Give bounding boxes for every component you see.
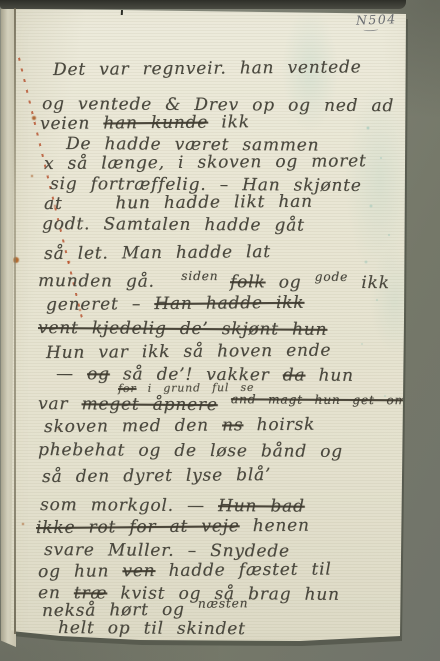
manuscript-segment: hoirsk	[243, 415, 315, 436]
manuscript-line: så den dyret lyse blå’	[42, 464, 406, 487]
manuscript-line: phebehat og de løse bånd og	[38, 440, 406, 462]
manuscript-segment-strike: ikke rot for at veje	[36, 516, 240, 538]
manuscript-segment-strike: meget åpnere	[81, 394, 217, 415]
manuscript-line: ikke rot for at veje henen	[36, 515, 406, 538]
manuscript-segment	[218, 395, 231, 415]
manuscript-line: munden gå. siden folk og gode ikk	[38, 271, 406, 294]
manuscript-line: godt. Samtalen hadde gåt	[42, 214, 406, 236]
manuscript-segment: ikk	[208, 112, 250, 132]
manuscript-segment: —	[56, 364, 87, 384]
manuscript-segment: munden gå.	[38, 271, 181, 292]
manuscript-segment-ins: siden	[181, 269, 230, 283]
manuscript-segment: generet –	[46, 294, 154, 315]
notebook-top-edge-shadow	[0, 0, 406, 9]
manuscript-segment: så den dyret lyse blå’	[42, 465, 271, 487]
manuscript-segment: skoven med den	[44, 415, 222, 437]
manuscript-line: skoven med den ns hoirsk	[44, 414, 406, 437]
manuscript-line: Hun var ikk så hoven ende	[46, 340, 406, 363]
manuscript-segment-strike: og	[87, 364, 110, 384]
manuscript-segment: svare Muller. – Snydede	[44, 540, 290, 562]
manuscript-segment-strike: Hun bad	[218, 496, 305, 517]
manuscript-scan: N504 Det var regnveir. han ventedeog ven…	[0, 0, 440, 661]
manuscript-lines: Det var regnveir. han ventedeog ventede …	[34, 60, 406, 638]
manuscript-segment: Det var regnveir. han ventede	[53, 57, 362, 80]
manuscript-segment: ikk	[348, 273, 390, 293]
manuscript-page: N504 Det var regnveir. han ventedeog ven…	[0, 0, 440, 661]
manuscript-segment: phebehat og de løse bånd og	[38, 440, 343, 462]
manuscript-line: at hun hadde likt han	[44, 191, 406, 214]
manuscript-line: helt op til skindet	[58, 618, 406, 640]
manuscript-segment-strike: vent kjedelig de’ skjønt hun	[38, 318, 327, 340]
manuscript-line: veien han kunde ikk	[40, 111, 406, 134]
manuscript-segment: Hun var ikk så hoven ende	[46, 341, 331, 363]
manuscript-segment-strike: for	[118, 382, 136, 395]
manuscript-segment: og	[265, 272, 314, 292]
manuscript-segment-ins: gode	[315, 270, 349, 284]
manuscript-segment: så let. Man hadde lat	[44, 242, 271, 264]
manuscript-segment: og hun	[38, 561, 123, 582]
manuscript-segment-strike: ven	[122, 561, 155, 581]
manuscript-segment-strike: han kunde	[103, 113, 208, 134]
manuscript-segment-ins: næsten	[198, 596, 249, 610]
archive-number-label: N504	[356, 11, 397, 31]
manuscript-line: som morkgol. — Hun bad	[40, 495, 406, 517]
manuscript-segment: henen	[239, 516, 309, 537]
manuscript-segment-strike: Han hadde ikk	[154, 293, 304, 314]
manuscript-line: så let. Man hadde lat	[44, 241, 406, 264]
manuscript-line: og hun ven hadde fæstet til	[38, 559, 406, 582]
manuscript-segment: godt. Samtalen hadde gåt	[42, 214, 305, 236]
manuscript-segment: x så længe, i skoven og moret	[44, 151, 367, 174]
manuscript-line: vent kjedelig de’ skjønt hun	[38, 318, 406, 340]
manuscript-segment: hadde fæstet til	[155, 559, 331, 581]
manuscript-line: x så længe, i skoven og moret	[44, 151, 406, 174]
archive-number-underline	[363, 27, 378, 32]
manuscript-segment-strike: folk	[230, 272, 266, 292]
manuscript-line: Det var regnveir. han ventede	[53, 57, 406, 80]
manuscript-segment: var	[38, 394, 82, 414]
manuscript-segment: helt op til skindet	[58, 618, 246, 639]
manuscript-line: generet – Han hadde ikk	[46, 292, 406, 315]
binding-crease	[14, 8, 16, 634]
manuscript-segment: veien	[40, 113, 104, 134]
manuscript-segment: at hun hadde likt han	[44, 192, 313, 214]
manuscript-segment: som morkgol. —	[40, 495, 218, 516]
manuscript-segment-strike: ns	[222, 415, 243, 435]
